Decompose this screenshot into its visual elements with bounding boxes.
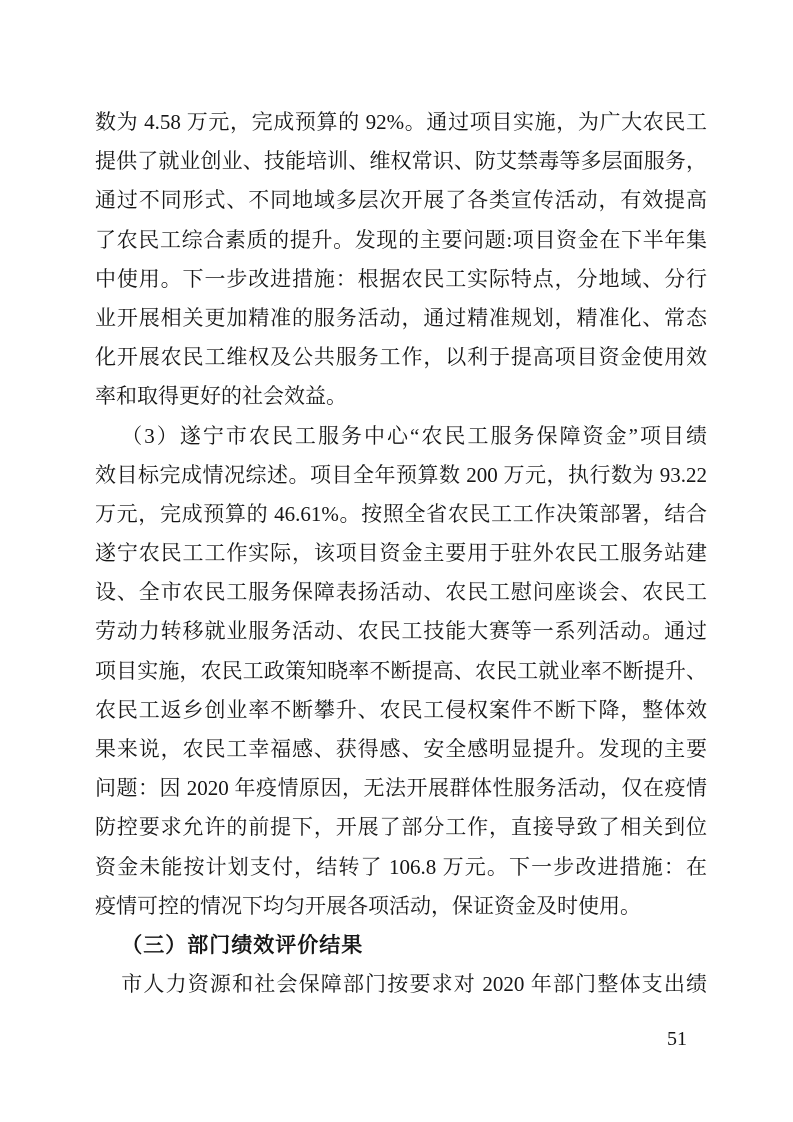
text-line: 遂宁农民工工作实际，该项目资金主要用于驻外农民工服务站建 [95, 534, 707, 573]
text-line: 资金未能按计划支付，结转了 106.8 万元。下一步改进措施：在 [95, 848, 707, 887]
text-line: 业开展相关更加精准的服务活动，通过精准规划，精准化、常态 [95, 299, 707, 338]
text-line: 效目标完成情况综述。项目全年预算数 200 万元，执行数为 93.22 [95, 456, 707, 495]
text-line: 万元，完成预算的 46.61%。按照全省农民工工作决策部署，结合 [95, 495, 707, 534]
section-heading: （三）部门绩效评价结果 [95, 926, 707, 965]
text-line: 率和取得更好的社会效益。 [95, 377, 707, 416]
paragraph-project3: （3）遂宁市农民工服务中心“农民工服务保障资金”项目绩 效目标完成情况综述。项目… [95, 417, 707, 926]
page-number: 51 [655, 1026, 699, 1052]
page-body: 数为 4.58 万元，完成预算的 92%。通过项目实施，为广大农民工 提供了就业… [95, 103, 707, 1004]
text-line: 疫情可控的情况下均匀开展各项活动，保证资金及时使用。 [95, 887, 707, 926]
text-line: 通过不同形式、不同地域多层次开展了各类宣传活动，有效提高 [95, 181, 707, 220]
paragraph-project2-continuation: 数为 4.58 万元，完成预算的 92%。通过项目实施，为广大农民工 提供了就业… [95, 103, 707, 417]
text-line: 数为 4.58 万元，完成预算的 92%。通过项目实施，为广大农民工 [95, 103, 707, 142]
text-line: 化开展农民工维权及公共服务工作，以利于提高项目资金使用效 [95, 338, 707, 377]
text-line: 问题：因 2020 年疫情原因，无法开展群体性服务活动，仅在疫情 [95, 769, 707, 808]
text-line: 果来说，农民工幸福感、获得感、安全感明显提升。发现的主要 [95, 730, 707, 769]
text-line: （3）遂宁市农民工服务中心“农民工服务保障资金”项目绩 [95, 417, 707, 456]
document-page: 数为 4.58 万元，完成预算的 92%。通过项目实施，为广大农民工 提供了就业… [0, 0, 793, 1122]
text-line: 中使用。下一步改进措施：根据农民工实际特点，分地域、分行 [95, 260, 707, 299]
text-line: 市人力资源和社会保障部门按要求对 2020 年部门整体支出绩 [95, 965, 707, 1004]
text-line: 项目实施，农民工政策知晓率不断提高、农民工就业率不断提升、 [95, 652, 707, 691]
paragraph-closing: 市人力资源和社会保障部门按要求对 2020 年部门整体支出绩 [95, 965, 707, 1004]
text-line: 了农民工综合素质的提升。发现的主要问题:项目资金在下半年集 [95, 221, 707, 260]
text-line: 提供了就业创业、技能培训、维权常识、防艾禁毒等多层面服务， [95, 142, 707, 181]
text-line: 劳动力转移就业服务活动、农民工技能大赛等一系列活动。通过 [95, 612, 707, 651]
text-line: 设、全市农民工服务保障表扬活动、农民工慰问座谈会、农民工 [95, 573, 707, 612]
text-line: 防控要求允许的前提下，开展了部分工作，直接导致了相关到位 [95, 808, 707, 847]
text-line: 农民工返乡创业率不断攀升、农民工侵权案件不断下降，整体效 [95, 691, 707, 730]
